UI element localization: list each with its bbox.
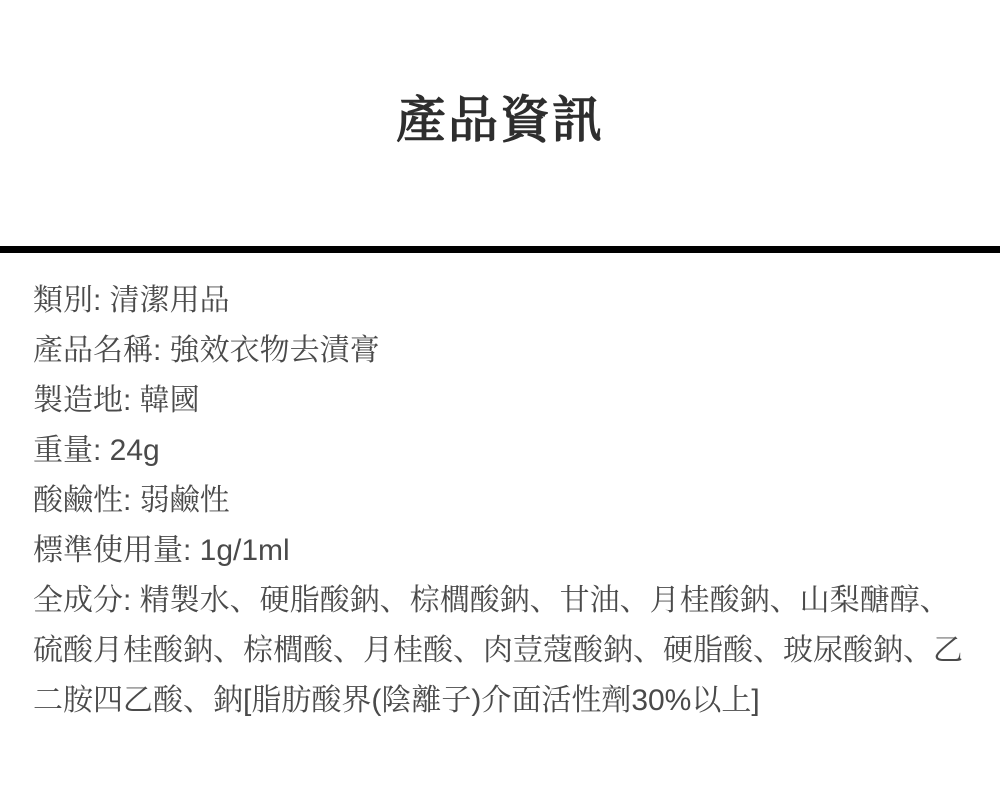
field-separator: : [93, 284, 110, 317]
info-row-category: 類別: 清潔用品 [33, 276, 964, 326]
field-label: 類別 [33, 284, 93, 317]
page-title: 產品資訊 [0, 0, 1000, 148]
info-row-product-name: 產品名稱: 強效衣物去漬膏 [33, 326, 964, 376]
field-separator: : [93, 434, 110, 467]
info-row-ingredients: 全成分: 精製水、硬脂酸鈉、棕櫚酸鈉、甘油、月桂酸鈉、山梨醣醇、硫酸月桂酸鈉、棕… [33, 576, 964, 726]
field-value: 強效衣物去漬膏 [170, 334, 380, 367]
info-row-ph: 酸鹼性: 弱鹼性 [33, 476, 964, 526]
info-row-weight: 重量: 24g [33, 426, 964, 476]
field-label: 製造地 [33, 384, 123, 417]
section-divider [0, 246, 1000, 253]
field-separator: : [123, 484, 140, 517]
info-row-standard-usage: 標準使用量: 1g/1ml [33, 526, 964, 576]
product-info-page: 產品資訊 類別: 清潔用品 產品名稱: 強效衣物去漬膏 製造地: 韓國 重量: … [0, 0, 1000, 795]
field-label: 酸鹼性 [33, 484, 123, 517]
product-details: 類別: 清潔用品 產品名稱: 強效衣物去漬膏 製造地: 韓國 重量: 24g 酸… [0, 253, 1000, 726]
field-separator: : [153, 334, 170, 367]
field-label: 重量 [33, 434, 93, 467]
field-value: 弱鹼性 [140, 484, 230, 517]
field-separator: : [123, 584, 140, 617]
field-separator: : [123, 384, 140, 417]
field-label: 標準使用量 [33, 534, 183, 567]
field-value: 24g [110, 434, 160, 467]
field-label: 產品名稱 [33, 334, 153, 367]
field-value: 清潔用品 [110, 284, 230, 317]
field-separator: : [183, 534, 200, 567]
field-value: 韓國 [140, 384, 200, 417]
field-value: 1g/1ml [200, 534, 290, 567]
info-row-origin: 製造地: 韓國 [33, 376, 964, 426]
field-label: 全成分 [33, 584, 123, 617]
field-value: 精製水、硬脂酸鈉、棕櫚酸鈉、甘油、月桂酸鈉、山梨醣醇、硫酸月桂酸鈉、棕櫚酸、月桂… [33, 584, 963, 717]
